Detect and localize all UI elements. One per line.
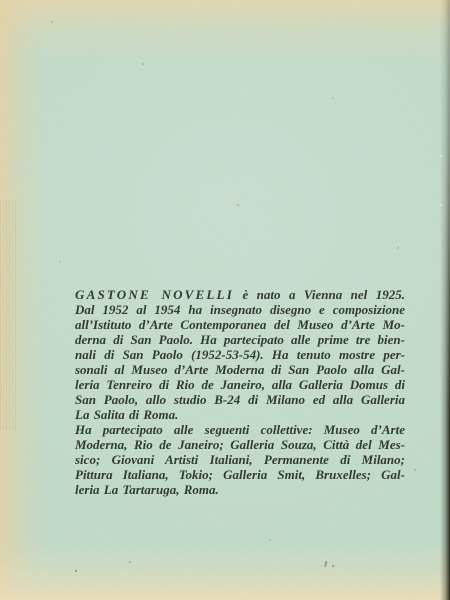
bio-line: Pittura Italiana, Tokio; Galleria Smit, …: [75, 467, 405, 482]
bio-line: leria Tenreiro di Rio de Janeiro, alla G…: [75, 377, 405, 392]
bio-line: La Salita di Roma.: [75, 407, 405, 422]
artist-name: GASTONE NOVELLI: [75, 287, 234, 302]
bio-line: San Paolo, allo studio B-24 di Milano ed…: [75, 392, 405, 407]
bio-line: Dal 1952 al 1954 ha insegnato disegno e …: [75, 302, 405, 317]
bio-line: all’Istituto d’Arte Contemporanea del Mu…: [75, 317, 405, 332]
bio-line: sonali al Museo d’Arte Moderna di San Pa…: [75, 362, 405, 377]
bio-line: Moderna, Rio de Janeiro; Galleria Souza,…: [75, 437, 405, 452]
page-edge-bottom: [0, 542, 450, 600]
bio-line: GASTONE NOVELLI è nato a Vienna nel 1925…: [75, 287, 405, 302]
artist-bio: GASTONE NOVELLI è nato a Vienna nel 1925…: [75, 287, 405, 497]
bio-line: nali di San Paolo (1952-53-54). Ha tenut…: [75, 347, 405, 362]
book-page-scan: GASTONE NOVELLI è nato a Vienna nel 1925…: [0, 0, 450, 600]
bio-line: sico; Giovani Artisti Italiani, Permanen…: [75, 452, 405, 467]
bio-line: leria La Tartaruga, Roma.: [75, 482, 405, 497]
bio-line: Ha partecipato alle seguenti collettive:…: [75, 422, 405, 437]
page-edge-top: [0, 0, 450, 62]
bio-line: derna di San Paolo. Ha partecipato alle …: [75, 332, 405, 347]
page-edge-streaks: [0, 200, 16, 430]
bio-line-text: è nato a Vienna nel 1925.: [242, 287, 405, 302]
page-edge-shadow-right: [440, 0, 450, 600]
page-edge-left: [0, 0, 46, 600]
